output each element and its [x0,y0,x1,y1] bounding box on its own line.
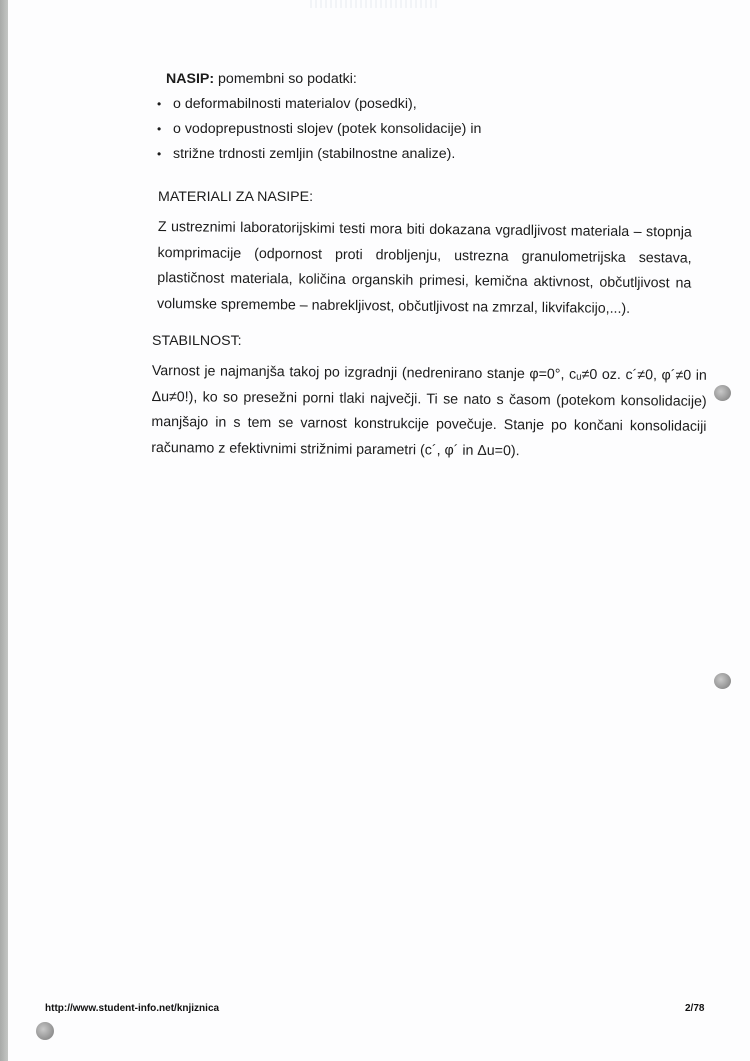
nasip-section: NASIP: pomembni so podatki: • o deformab… [166,68,481,162]
punch-hole-icon [714,385,731,401]
bullet-icon: • [157,118,161,140]
punch-hole-icon [36,1022,54,1040]
list-item: • o deformabilnosti materialov (posedki)… [166,93,481,115]
materiali-heading: MATERIALI ZA NASIPE: [158,186,692,208]
document-page: NASIP: pomembni so podatki: • o deformab… [0,0,750,1061]
stabilnost-section: STABILNOST: Varnost je najmanjša takoj p… [152,330,707,461]
materiali-paragraph: Z ustreznimi laboratorijskimi testi mora… [157,215,692,323]
nasip-label: NASIP: [166,71,214,87]
list-item: • o vodoprepustnosti slojev (potek konso… [166,118,481,140]
page-number: 2/78 [685,1003,704,1014]
footer-url-link[interactable]: http://www.student-info.net/knjiznica [45,1003,219,1014]
bullet-icon: • [157,143,161,165]
list-item-text: strižne trdnosti zemljin (stabilnostne a… [173,146,455,162]
list-item: • strižne trdnosti zemljin (stabilnostne… [166,143,481,165]
list-item-text: o vodoprepustnosti slojev (potek konsoli… [173,121,481,137]
materiali-section: MATERIALI ZA NASIPE: Z ustreznimi labora… [158,186,692,317]
list-item-text: o deformabilnosti materialov (posedki), [173,96,417,112]
stabilnost-paragraph: Varnost je najmanjša takoj po izgradnji … [151,359,707,466]
nasip-intro: pomembni so podatki: [214,71,357,87]
stabilnost-heading: STABILNOST: [152,330,707,352]
bullet-icon: • [157,93,161,115]
nasip-intro-line: NASIP: pomembni so podatki: [166,68,481,90]
punch-hole-icon [714,673,731,689]
nasip-bullet-list: • o deformabilnosti materialov (posedki)… [166,92,481,162]
